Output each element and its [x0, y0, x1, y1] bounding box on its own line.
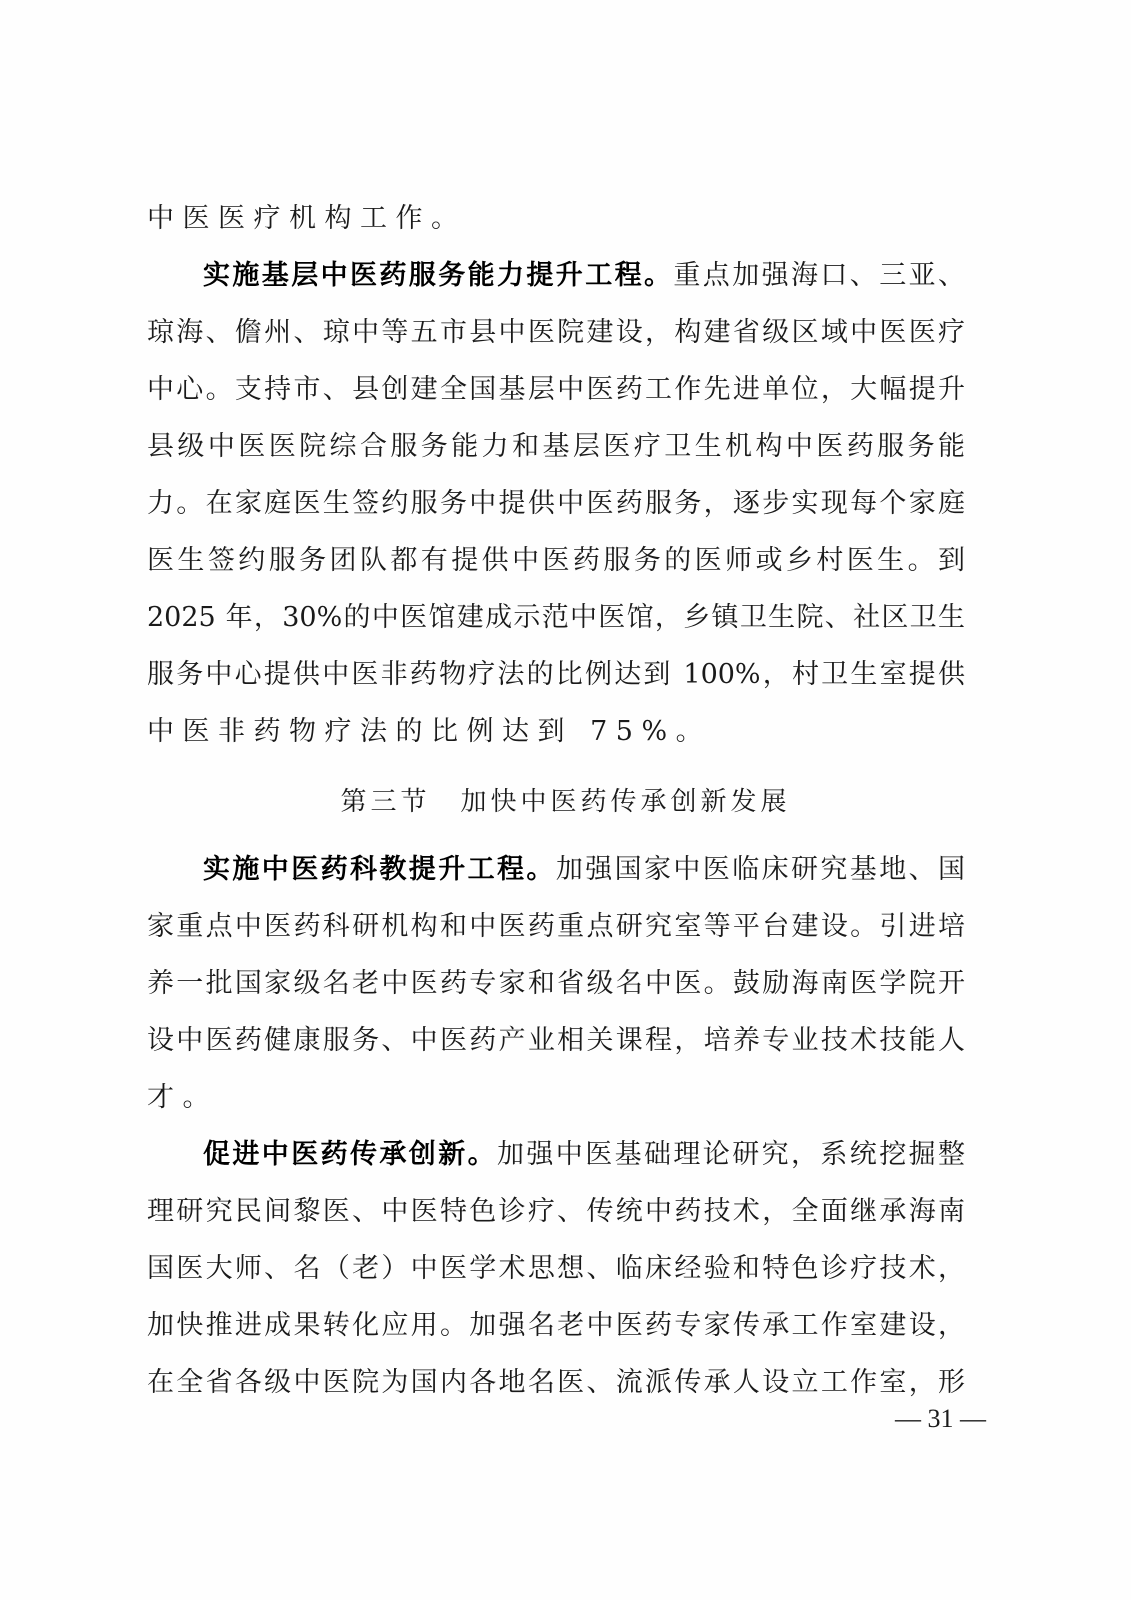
text-line: 在全省各级中医院为国内各地名医、流派传承人设立工作室，形	[147, 1363, 965, 1403]
page-number: — 31 —	[895, 1402, 975, 1436]
text-span: 加强国家中医临床研究基地、国	[556, 854, 965, 885]
text-span: 重点加强海口、三亚、	[673, 260, 965, 291]
text-line: 设中医药健康服务、中医药产业相关课程，培养专业技术技能人	[147, 1021, 965, 1061]
text-line: 养一批国家级名老中医药专家和省级名中医。鼓励海南医学院开	[147, 964, 965, 1004]
text-line: 理研究民间黎医、中医特色诊疗、传统中药技术，全面继承海南	[147, 1192, 965, 1232]
paragraph-lead-heading: 促进中医药传承创新。	[203, 1139, 497, 1170]
paragraph-science-education: 实施中医药科教提升工程。加强国家中医临床研究基地、国	[203, 850, 965, 890]
text-line: 加快推进成果转化应用。加强名老中医药专家传承工作室建设，	[147, 1306, 965, 1346]
section-title: 加快中医药传承创新发展	[461, 787, 791, 817]
text-span: 加强中医基础理论研究，系统挖掘整	[497, 1139, 965, 1170]
text-line: 家重点中医药科研机构和中医药重点研究室等平台建设。引进培	[147, 907, 965, 947]
section-number: 第三节	[340, 787, 430, 817]
text-line: 中心。支持市、县创建全国基层中医药工作先进单位，大幅提升	[147, 370, 965, 410]
paragraph-lead-heading: 实施中医药科教提升工程。	[203, 854, 556, 885]
text-line: 才。	[147, 1078, 965, 1118]
text-line: 力。在家庭医生签约服务中提供中医药服务，逐步实现每个家庭	[147, 484, 965, 524]
text-line: 服务中心提供中医非药物疗法的比例达到 100%，村卫生室提供	[147, 655, 965, 695]
text-line: 中医医疗机构工作。	[147, 199, 965, 239]
paragraph-inheritance-innovation: 促进中医药传承创新。加强中医基础理论研究，系统挖掘整	[203, 1135, 965, 1175]
section-heading: 第三节加快中医药传承创新发展	[0, 782, 1131, 822]
document-page: 中医医疗机构工作。 实施基层中医药服务能力提升工程。重点加强海口、三亚、 琼海、…	[0, 0, 1131, 1600]
text-line: 县级中医医院综合服务能力和基层医疗卫生机构中医药服务能	[147, 427, 965, 467]
text-line: 国医大师、名（老）中医学术思想、临床经验和特色诊疗技术，	[147, 1249, 965, 1289]
paragraph-lead-heading: 实施基层中医药服务能力提升工程。	[203, 260, 673, 291]
text-line: 琼海、儋州、琼中等五市县中医院建设，构建省级区域中医医疗	[147, 313, 965, 353]
text-line: 2025 年，30%的中医馆建成示范中医馆，乡镇卫生院、社区卫生	[147, 598, 965, 638]
text-line: 中医非药物疗法的比例达到 75%。	[147, 712, 965, 752]
text-line: 医生签约服务团队都有提供中医药服务的医师或乡村医生。到	[147, 541, 965, 581]
paragraph-grassroots-service: 实施基层中医药服务能力提升工程。重点加强海口、三亚、	[203, 256, 965, 296]
